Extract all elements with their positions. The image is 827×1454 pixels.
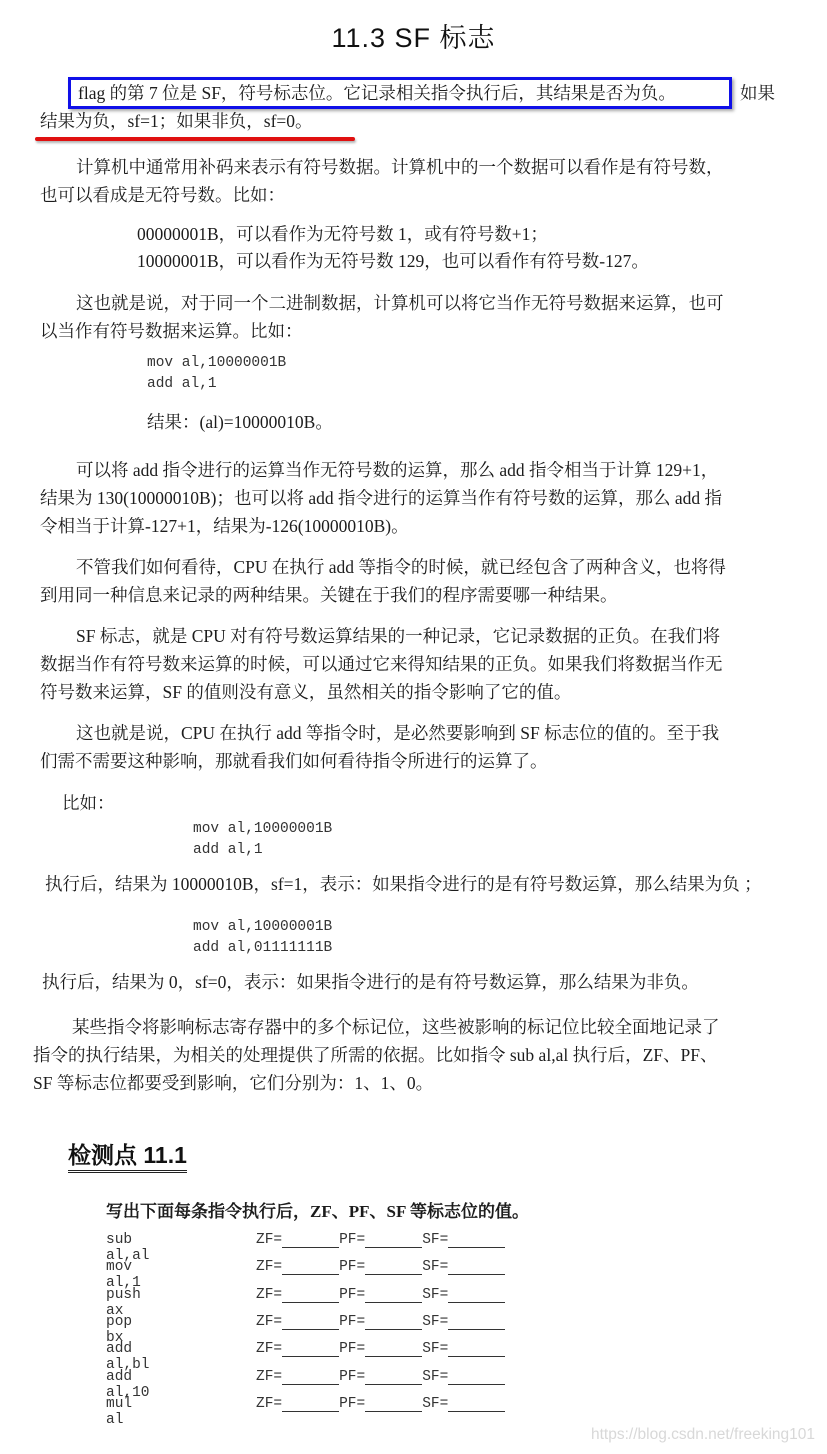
paragraph-4-line-3: 令相当于计算-127+1，结果为-126(10000010B)。 xyxy=(40,512,409,541)
flag-fields: ZF=PF=SF= xyxy=(256,1396,505,1412)
sf-label: SF= xyxy=(422,1314,448,1330)
sf-field: SF= xyxy=(422,1314,505,1330)
result-1: 结果：(al)=10000010B。 xyxy=(147,408,333,437)
zf-label: ZF= xyxy=(256,1369,282,1385)
pf-field: PF= xyxy=(339,1314,422,1330)
pf-answer-blank[interactable] xyxy=(365,1396,422,1412)
zf-label: ZF= xyxy=(256,1314,282,1330)
pf-field: PF= xyxy=(339,1287,422,1303)
flag-fields: ZF=PF=SF= xyxy=(256,1341,505,1357)
zf-answer-blank[interactable] xyxy=(282,1259,339,1275)
paragraph-9-line-2: 指令的执行结果，为相关的处理提供了所需的依据。比如指令 sub al,al 执行… xyxy=(33,1041,717,1070)
pf-field: PF= xyxy=(339,1396,422,1412)
zf-field: ZF= xyxy=(256,1259,339,1275)
paragraph-2-line-1: 计算机中通常用补码来表示有符号数据。计算机中的一个数据可以看作是有符号数， xyxy=(76,153,724,182)
zf-answer-blank[interactable] xyxy=(282,1369,339,1385)
paragraph-9-line-1: 某些指令将影响标志寄存器中的多个标记位，这些被影响的标记位比较全面地记录了 xyxy=(72,1013,720,1042)
pf-label: PF= xyxy=(339,1369,365,1385)
flag-fields: ZF=PF=SF= xyxy=(256,1259,505,1275)
checkpoint-title: 检测点 11.1 xyxy=(68,1140,187,1173)
flag-fields: ZF=PF=SF= xyxy=(256,1232,505,1248)
checkpoint-prompt: 写出下面每条指令执行后，ZF、PF、SF 等标志位的值。 xyxy=(106,1197,529,1226)
sf-label: SF= xyxy=(422,1232,448,1248)
zf-field: ZF= xyxy=(256,1341,339,1357)
zf-label: ZF= xyxy=(256,1232,282,1248)
sf-field: SF= xyxy=(422,1232,505,1248)
pf-label: PF= xyxy=(339,1232,365,1248)
pf-field: PF= xyxy=(339,1232,422,1248)
pf-answer-blank[interactable] xyxy=(365,1232,422,1248)
sf-label: SF= xyxy=(422,1396,448,1412)
example-line-2: 10000001B，可以看作为无符号数 129，也可以看作有符号数-127。 xyxy=(137,247,649,276)
sf-answer-blank[interactable] xyxy=(448,1232,505,1248)
pf-field: PF= xyxy=(339,1369,422,1385)
paragraph-7-line-1: 这也就是说，CPU 在执行 add 等指令时，是必然要影响到 SF 标志位的值的… xyxy=(76,719,719,748)
paragraph-6-line-2: 数据当作有符号数来运算的时候，可以通过它来得知结果的正负。如果我们将数据当作无 xyxy=(40,650,723,679)
code-block-2-line-2: add al,1 xyxy=(193,840,263,861)
pf-field: PF= xyxy=(339,1341,422,1357)
flag-fields: ZF=PF=SF= xyxy=(256,1314,505,1330)
paragraph-8-intro: 比如： xyxy=(62,789,115,818)
zf-field: ZF= xyxy=(256,1232,339,1248)
sf-field: SF= xyxy=(422,1341,505,1357)
zf-field: ZF= xyxy=(256,1287,339,1303)
zf-label: ZF= xyxy=(256,1341,282,1357)
pf-label: PF= xyxy=(339,1396,365,1412)
sf-label: SF= xyxy=(422,1369,448,1385)
paragraph-6-line-3: 符号数来运算，SF 的值则没有意义，虽然相关的指令影响了它的值。 xyxy=(40,678,571,707)
pf-label: PF= xyxy=(339,1259,365,1275)
pf-label: PF= xyxy=(339,1287,365,1303)
code-block-3-line-2: add al,01111111B xyxy=(193,938,332,959)
pf-answer-blank[interactable] xyxy=(365,1259,422,1275)
sf-answer-blank[interactable] xyxy=(448,1287,505,1303)
code-block-1-line-1: mov al,10000001B xyxy=(147,353,286,374)
watermark: https://blog.csdn.net/freeking101 xyxy=(591,1426,815,1444)
pf-answer-blank[interactable] xyxy=(365,1341,422,1357)
sf-field: SF= xyxy=(422,1369,505,1385)
paragraph-1-line-1-boxed: flag 的第 7 位是 SF，符号标志位。它记录相关指令执行后，其结果是否为负… xyxy=(78,79,676,108)
zf-field: ZF= xyxy=(256,1369,339,1385)
zf-field: ZF= xyxy=(256,1396,339,1412)
flag-fields: ZF=PF=SF= xyxy=(256,1287,505,1303)
zf-answer-blank[interactable] xyxy=(282,1341,339,1357)
flag-fields: ZF=PF=SF= xyxy=(256,1369,505,1385)
code-block-2-line-1: mov al,10000001B xyxy=(193,819,332,840)
pf-label: PF= xyxy=(339,1341,365,1357)
sf-field: SF= xyxy=(422,1396,505,1412)
result-3: 执行后，结果为 0，sf=0，表示：如果指令进行的是有符号数运算，那么结果为非负… xyxy=(42,968,699,997)
section-title: 11.3 SF 标志 xyxy=(0,16,827,55)
paragraph-9-line-3: SF 等标志位都要受到影响，它们分别为：1、1、0。 xyxy=(33,1069,433,1098)
paragraph-2-line-2: 也可以看成是无符号数。比如： xyxy=(40,181,285,210)
zf-answer-blank[interactable] xyxy=(282,1314,339,1330)
pf-answer-blank[interactable] xyxy=(365,1314,422,1330)
highlight-underline xyxy=(35,137,355,141)
exercise-instruction: mul al xyxy=(106,1396,132,1428)
sf-answer-blank[interactable] xyxy=(448,1396,505,1412)
zf-answer-blank[interactable] xyxy=(282,1396,339,1412)
sf-answer-blank[interactable] xyxy=(448,1259,505,1275)
code-block-1-line-2: add al,1 xyxy=(147,374,217,395)
paragraph-7-line-2: 们需不需要这种影响，那就看我们如何看待指令所进行的运算了。 xyxy=(40,747,548,776)
pf-answer-blank[interactable] xyxy=(365,1369,422,1385)
zf-answer-blank[interactable] xyxy=(282,1232,339,1248)
code-block-3-line-1: mov al,10000001B xyxy=(193,917,332,938)
sf-field: SF= xyxy=(422,1259,505,1275)
sf-field: SF= xyxy=(422,1287,505,1303)
sf-label: SF= xyxy=(422,1287,448,1303)
paragraph-1-line-2: 结果为负，sf=1；如果非负，sf=0。 xyxy=(40,107,313,136)
paragraph-4-line-2: 结果为 130(10000010B)；也可以将 add 指令进行的运算当作有符号… xyxy=(40,484,722,513)
paragraph-3-line-2: 以当作有符号数据来运算。比如： xyxy=(40,317,303,346)
paragraph-3-line-1: 这也就是说，对于同一个二进制数据，计算机可以将它当作无符号数据来运算，也可 xyxy=(76,289,724,318)
zf-field: ZF= xyxy=(256,1314,339,1330)
pf-answer-blank[interactable] xyxy=(365,1287,422,1303)
paragraph-4-line-1: 可以将 add 指令进行的运算当作无符号数的运算，那么 add 指令相当于计算 … xyxy=(76,456,718,485)
sf-label: SF= xyxy=(422,1341,448,1357)
sf-answer-blank[interactable] xyxy=(448,1369,505,1385)
zf-label: ZF= xyxy=(256,1396,282,1412)
paragraph-1-line-1-tail: 如果 xyxy=(740,79,775,108)
paragraph-5-line-1: 不管我们如何看待，CPU 在执行 add 等指令的时候，就已经包含了两种含义，也… xyxy=(76,553,726,582)
sf-label: SF= xyxy=(422,1259,448,1275)
sf-answer-blank[interactable] xyxy=(448,1341,505,1357)
paragraph-6-line-1: SF 标志，就是 CPU 对有符号数运算结果的一种记录，它记录数据的正负。在我们… xyxy=(76,622,720,651)
paragraph-5-line-2: 到用同一种信息来记录的两种结果。关键在于我们的程序需要哪一种结果。 xyxy=(40,581,618,610)
example-line-1: 00000001B，可以看作为无符号数 1，或有符号数+1； xyxy=(137,220,548,249)
zf-answer-blank[interactable] xyxy=(282,1287,339,1303)
pf-label: PF= xyxy=(339,1314,365,1330)
result-2: 执行后，结果为 10000010B，sf=1，表示：如果指令进行的是有符号数运算… xyxy=(45,870,762,899)
pf-field: PF= xyxy=(339,1259,422,1275)
zf-label: ZF= xyxy=(256,1259,282,1275)
sf-answer-blank[interactable] xyxy=(448,1314,505,1330)
zf-label: ZF= xyxy=(256,1287,282,1303)
